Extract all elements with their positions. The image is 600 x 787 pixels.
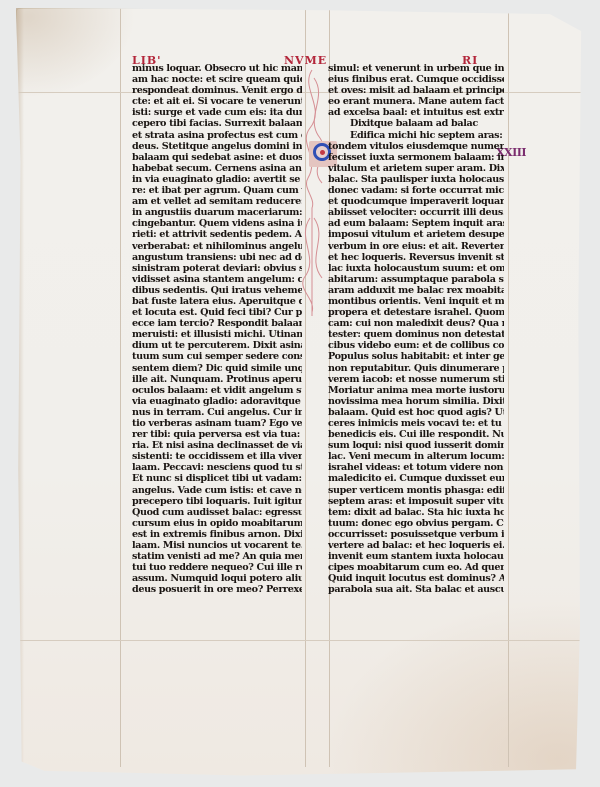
ruling-line-left-margin (120, 8, 121, 767)
text-line: assum. Numquid loqui potero aliud nisi q… (132, 573, 302, 584)
text-line: via euaginato gladio: adoravitque eum pr… (132, 396, 302, 407)
text-line: vidisset asina stantem angelum: concidit… (132, 274, 302, 285)
text-line: am hac nocte: et scire queam quid mihi r… (132, 74, 302, 85)
text-line: nus in terram. Cui angelus. Cur inquit t… (132, 407, 302, 418)
text-line: lac. Veni mecum in alterum locum: unde p… (328, 451, 504, 462)
ruling-line-bottom (16, 640, 584, 641)
text-line: tuum: donec ego obvius pergam. Cui cum d… (328, 518, 504, 529)
text-line: maledicito ei. Cumque duxisset eum in lo… (328, 473, 504, 484)
text-line: cipes moabitarum cum eo. Ad quem balac. (328, 562, 504, 573)
text-line: re: et ibat per agrum. Quam cum verberar… (132, 185, 302, 196)
text-line: invenit eum stantem iuxta holocaustum su… (328, 551, 504, 562)
text-line: non reputabitur. Quis dinumerare possit … (328, 363, 504, 374)
text-line: lac iuxta holocaustum suum: et omnes pri… (328, 263, 504, 274)
text-line: et quodcumque imperaverit loquar tibi. C… (328, 196, 504, 207)
text-line: et hec loqueris. Reversus invenit stante… (328, 252, 504, 263)
text-line: est in extremis finibus arnon. Dixitque … (132, 529, 302, 540)
edge-discoloration (16, 8, 24, 777)
text-line: tio verberas asinam tuam? Ego veni ut ad… (132, 418, 302, 429)
text-line: cte: et ait ei. Si vocare te venerunt ho… (132, 96, 302, 107)
text-line: balaam qui sedebat asine: et duos pueros (132, 152, 302, 163)
text-line: cibus videbo eum: et de collibus conside… (328, 340, 504, 351)
text-line: Edifica michi hic septem aras: et para (328, 130, 504, 141)
text-column-left: minus loquar. Obsecro ut hic maneatis et… (132, 63, 302, 596)
text-line: verbum in ore eius: et ait. Revertere ad… (328, 241, 504, 252)
text-line: meruisti: et illusisti michi. Utinam hab… (132, 329, 302, 340)
text-line: sentem diem? Dic quid simile unquam fece… (132, 363, 302, 374)
text-line: ad excelsa baal: et intuitus est extrema… (328, 107, 504, 118)
text-line: montibus orientis. Veni inquit et maledi… (328, 296, 504, 307)
text-line: aram adduxit me balac rex moabitarum: de (328, 285, 504, 296)
text-line: angustum transiens: ubi nec ad dexteram … (132, 252, 302, 263)
text-line: cursum eius in opido moabitarum: quod si… (132, 518, 302, 529)
text-line: habebat secum. Cernens asina angelum sta… (132, 163, 302, 174)
text-line: donec vadam: si forte occurrat michi dom… (328, 185, 504, 196)
text-line: oculos balaam: et vidit angelum stantem … (132, 385, 302, 396)
text-line: cingebantur. Quem videns asina iunxit se… (132, 218, 302, 229)
text-line: tui tuo reddere nequeo? Cui ille respond… (132, 562, 302, 573)
text-line: eius finibus erat. Cumque occidisset bal… (328, 74, 504, 85)
text-line: novissima mea horum similia. Dixitque ba… (328, 396, 504, 407)
text-line: et locuta est. Quid feci tibi? Cur percu… (132, 307, 302, 318)
text-line: sum loqui: nisi quod iusserit dominus? D… (328, 440, 504, 451)
text-line: in angustiis duarum maceriarum: quibus v… (132, 207, 302, 218)
text-line: abiisset velociter: occurrit illi deus. … (328, 207, 504, 218)
text-line: propera et detestare israhel. Quomodo ma… (328, 307, 504, 318)
text-line: tuum sum cui semper sedere consuevisti: … (132, 351, 302, 362)
text-line: Moriatur anima mea morte iustorum: et fi… (328, 385, 504, 396)
text-line: ceres inimicis meis vocavi te: et tu eco… (328, 418, 504, 429)
text-line: precepero tibi loquaris. Iuit igitur cum… (132, 496, 302, 507)
text-line: rer tibi: quia perversa est via tua: mic… (132, 429, 302, 440)
text-line: isti: surge et vade cum eis: ita duntaxa… (132, 107, 302, 118)
text-line: cam: cui non maledixit deus? Qua ratione… (328, 318, 504, 329)
text-line: fecisset iuxta sermonem balaam: imposuer… (328, 152, 504, 163)
water-stain-bottom-right (324, 597, 584, 777)
text-line: laam. Misi nuncios ut vocarent te. Cur n… (132, 540, 302, 551)
text-line: Et nunc si displicet tibi ut vadam: reve… (132, 473, 302, 484)
text-line: am et vellet ad semitam reducere: stetit… (132, 196, 302, 207)
text-line: vitulum et arietem super aram. Dixitque … (328, 163, 504, 174)
text-line: Quod cum audisset balac: egressus est in… (132, 507, 302, 518)
text-line: minus loquar. Obsecro ut hic maneatis et… (132, 63, 302, 74)
text-line: et strata asina profectus est cum eis: e… (132, 130, 302, 141)
text-line: ecce iam tercio? Respondit balaam. Quia … (132, 318, 302, 329)
text-line: statim venisti ad me? An quia mercedem a… (132, 551, 302, 562)
text-line: laam. Peccavi: nesciens quod tu stares c… (132, 462, 302, 473)
text-line: deus. Stetitque angelus domini in via co… (132, 141, 302, 152)
text-line: tester: quem dominus non detestatur? De … (328, 329, 504, 340)
text-column-right: simul: et venerunt in urbem que in extre… (328, 63, 504, 596)
text-line: benedicis eis. Cui ille respondit. Num a… (328, 429, 504, 440)
text-line: verberabat: et nihilominus angelus ad lo… (132, 241, 302, 252)
text-line: tondem vitulos eiusdemque numeri arietes… (328, 141, 504, 152)
text-line: imposui vitulum et arietem desuper. Domi… (328, 229, 504, 240)
ruling-line-right-margin (508, 8, 509, 767)
text-line: verem iacob: et nosse numerum stirpis is… (328, 374, 504, 385)
text-line: israhel videas: et totum videre non poss… (328, 462, 504, 473)
text-line: super verticem montis phasga: edificavit… (328, 485, 504, 496)
text-line: parabola sua ait. Sta balac et ausculta: (328, 584, 504, 595)
text-line: vertere ad balac: et hec loqueris ei. Re… (328, 540, 504, 551)
text-line: sinistram poterat deviari: obvius stetit… (132, 263, 302, 274)
text-line: abitarum: assumptaque parabola sua dixit… (328, 274, 504, 285)
text-line: dibus sedentis. Qui iratus vehementius c… (132, 285, 302, 296)
text-line: respondeat dominus. Venit ergo deus ad b… (132, 85, 302, 96)
text-line: occurrisset: posuissetque verbum in ore … (328, 529, 504, 540)
text-line: ria. Et nisi asina declinasset de via da… (132, 440, 302, 451)
text-line: eo erant munera. Mane autem facto duxit … (328, 96, 504, 107)
text-line: et oves: misit ad balaam et principes qu… (328, 85, 504, 96)
text-line: in via euaginato gladio: avertit se de i… (132, 174, 302, 185)
text-line: Quid inquit locutus est dominus? At ille… (328, 573, 504, 584)
foxing-stain-top-left (16, 8, 136, 98)
text-line: angelus. Vade cum istis: et cave ne aliu… (132, 485, 302, 496)
text-line: sistenti: te occidissem et illa viveret.… (132, 451, 302, 462)
text-line: dium ut te percuterem. Dixit asina. Nonn… (132, 340, 302, 351)
text-line: simul: et venerunt in urbem que in extre… (328, 63, 504, 74)
text-line: cepero tibi facias. Surrexit balaam mane… (132, 118, 302, 129)
text-line: tem: dixit ad balac. Sta hic iuxta holoc… (328, 507, 504, 518)
text-line: septem aras: et imposuit super vitulum a… (328, 496, 504, 507)
text-line: ad eum balaam: Septem inquit aras erexi:… (328, 218, 504, 229)
text-line: rieti: et attrivit sedentis pedem. At il… (132, 229, 302, 240)
text-line: balac. Sta paulisper iuxta holocaustum t… (328, 174, 504, 185)
text-line: Populus solus habitabit: et inter gentes (328, 351, 504, 362)
text-line: balaam. Quid est hoc quod agis? Ut maled… (328, 407, 504, 418)
text-line: deus posuerit in ore meo? Perrexerunt er… (132, 584, 302, 595)
text-line: Dixitque balaam ad balac (328, 118, 504, 129)
text-line: ille ait. Nunquam. Protinus aperuit domi… (132, 374, 302, 385)
text-line: bat fuste latera eius. Aperuitque dominu… (132, 296, 302, 307)
